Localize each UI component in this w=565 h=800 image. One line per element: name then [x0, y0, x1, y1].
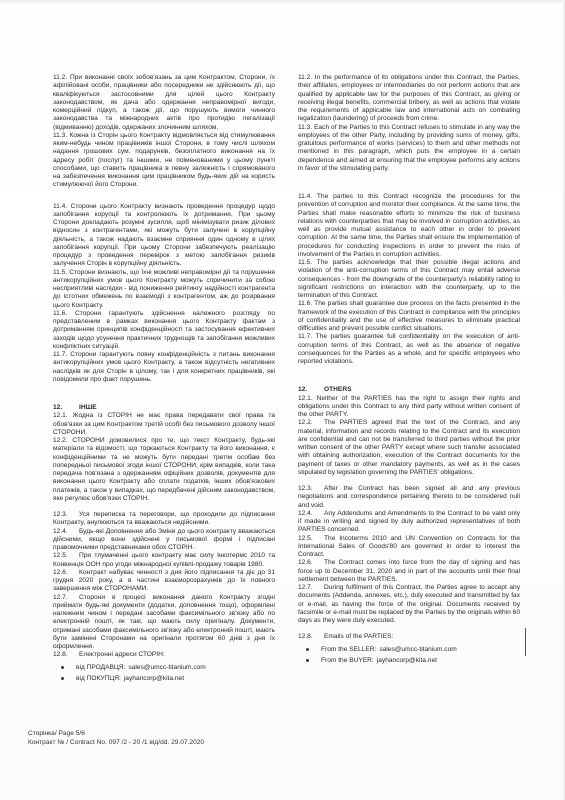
section-12-heading-uk: 12. ІНШЕ [53, 404, 275, 412]
section-number: 12. [298, 386, 324, 394]
spacer [53, 384, 275, 404]
spacer [298, 625, 520, 633]
clause-12-8-uk: 12.8.Електронні адреси СТОРІН: [53, 651, 275, 659]
clause-number: 12.3. [53, 511, 79, 519]
clause-11-6-uk: 11.6. Сторони гарантують здійснення нале… [53, 310, 275, 351]
clause-11-3-uk: 11.3. Кожна із Сторін цього Контракту ві… [53, 132, 275, 190]
clause-number: 12.8. [298, 633, 324, 641]
clause-12-7-en: 12.7.During fulfilment of this Contract,… [298, 584, 520, 625]
clause-number: 12.2. [298, 419, 324, 427]
margin-mark [525, 628, 526, 656]
clause-11-5-en: 11.5. The parties acknowledge that their… [298, 259, 520, 300]
email-item-seller: від ПРОДАВЦЯ: sales@umcc-titanium.com [61, 664, 275, 672]
clause-11-7-en: 11.7. The parties guarantee full confide… [298, 333, 520, 366]
clause-12-6-uk: 12.6.Контракт набуває чинності з дня йог… [53, 569, 275, 594]
clause-12-2-uk: 12.2. СТОРОНИ домовилися про те, що текс… [53, 437, 275, 503]
page-footer: Сторінка/ Page 5/6 Контракт № / Contract… [28, 730, 204, 747]
clause-12-4-uk: 12.4.Будь-які Доповнення або Зміни до ць… [53, 528, 275, 553]
clause-12-3-uk: 12.3.Уся переписка та переговори, що про… [53, 511, 275, 528]
clause-11-4-uk: 11.4. Сторони цього Контракту визнають п… [53, 203, 275, 269]
seller-email: sales@umcc-titanium.com [128, 664, 205, 672]
contract-reference: Контракт № / Contract No. 097 /2 - 20 /1… [28, 739, 204, 748]
email-list-en: From the SELLER: sales@umcc-titanium.com… [298, 646, 520, 666]
clause-text: Електронні адреси СТОРІН: [79, 651, 165, 658]
clause-12-1-uk: 12.1. Жодна із СТОРІН не має права перед… [53, 412, 275, 437]
ukrainian-column: 11.2. При виконанні своїх зобов'язань за… [53, 74, 275, 686]
clause-12-7-uk: 12.7.Сторони в процесі виконання даного … [53, 594, 275, 652]
email-label: From the BUYER: [321, 657, 374, 665]
clause-text: Neither of the PARTIES has the right to … [298, 395, 520, 419]
seller-email: sales@umcc-titanium.com [379, 646, 456, 654]
spacer [53, 503, 275, 511]
clause-number: 12.4. [298, 510, 324, 518]
clause-text: The Incoterms 2010 and UN Convention on … [298, 535, 520, 559]
clause-11-3-en: 11.3. Each of the Parties to this Contra… [298, 124, 520, 174]
clause-number: 12.4. [53, 528, 79, 536]
clause-number: 12.7. [53, 594, 79, 602]
clause-number: 12.3. [298, 485, 324, 493]
clause-text: Any Addendums and Amendments to the Cont… [298, 510, 520, 534]
clause-number: 12.5. [298, 535, 324, 543]
email-item-buyer: From the BUYER: jayhancorp@kita.net [306, 657, 520, 665]
clause-text: Уся переписка та переговори, що проходил… [53, 511, 275, 526]
email-item-buyer: від ПОКУПЦЯ: jayhancorp@kita.net [61, 675, 275, 683]
section-title: OTHERS [324, 386, 351, 394]
clause-number: 12.1. [298, 395, 313, 402]
clause-text: After the Contract has been signed all a… [298, 485, 520, 509]
bullet-icon [306, 648, 309, 651]
buyer-email: jayhancorp@kita.net [124, 675, 184, 683]
clause-12-8-en: 12.8.Emails of the PARTIES: [298, 633, 520, 641]
clause-text: Контракт набуває чинності з дня його під… [53, 569, 275, 593]
clause-number: 12.5. [53, 552, 79, 560]
clause-text: The Contract comes into force from the d… [298, 559, 520, 583]
clause-11-6-en: 11.6. The parties shall guarantee due pr… [298, 300, 520, 333]
clause-12-3-en: 12.3.After the Contract has been signed … [298, 485, 520, 510]
clause-text: При тлумаченні цього контракту має силу … [53, 552, 275, 567]
clause-12-5-uk: 12.5.При тлумаченні цього контракту має … [53, 552, 275, 569]
clause-11-4-en: 11.4. The parties to this Contract recog… [298, 193, 520, 259]
bullet-icon [306, 659, 309, 662]
clause-11-7-uk: 11.7. Сторони гарантують повну конфіденц… [53, 351, 275, 384]
clause-number: 12.7. [298, 584, 324, 592]
email-list-uk: від ПРОДАВЦЯ: sales@umcc-titanium.com ві… [53, 664, 275, 684]
section-12-heading-en: 12. OTHERS [298, 386, 520, 394]
spacer [298, 173, 520, 193]
clause-11-5-uk: 11.5. Сторони визнають, що їхні можливі … [53, 269, 275, 310]
clause-number: 12.6. [298, 559, 324, 567]
clause-12-4-en: 12.4.Any Addendums and Amendments to the… [298, 510, 520, 535]
bullet-icon [61, 677, 64, 680]
page-number: Сторінка/ Page 5/6 [28, 730, 204, 739]
bullet-icon [61, 666, 64, 669]
buyer-email: jayhancorp@kita.net [377, 657, 437, 665]
clause-text: Будь-які Доповнення або Зміни до цього к… [53, 528, 275, 552]
section-number: 12. [53, 404, 79, 412]
clause-text: Emails of the PARTIES: [324, 633, 393, 640]
clause-12-1-en: 12.1. Neither of the PARTIES has the rig… [298, 395, 520, 420]
clause-12-2-en: 12.2.The PARTIES agreed that the text of… [298, 419, 520, 477]
clause-11-2-uk: 11.2. При виконанні своїх зобов'язань за… [53, 74, 275, 132]
english-column: 11.2. In the performance of its obligati… [298, 74, 520, 668]
spacer [298, 477, 520, 485]
clause-text: Сторони в процесі виконання даного Контр… [53, 594, 275, 651]
spacer [53, 190, 275, 203]
clause-11-2-en: 11.2. In the performance of its obligati… [298, 74, 520, 124]
email-label: від ПОКУПЦЯ: [76, 675, 121, 683]
email-label: від ПРОДАВЦЯ: [76, 664, 125, 672]
clause-text: The PARTIES agreed that the text of the … [298, 419, 520, 476]
email-item-seller: From the SELLER: sales@umcc-titanium.com [306, 646, 520, 654]
clause-text: During fulfilment of this Contract, the … [298, 584, 520, 624]
clause-12-5-en: 12.5.The Incoterms 2010 and UN Conventio… [298, 535, 520, 560]
clause-number: 12.8. [53, 651, 79, 659]
scan-edge-top [0, 0, 565, 4]
email-label: From the SELLER: [321, 646, 376, 654]
clause-number: 12.6. [53, 569, 79, 577]
spacer [298, 366, 520, 386]
section-title: ІНШЕ [79, 404, 97, 412]
clause-12-6-en: 12.6.The Contract comes into force from … [298, 559, 520, 584]
